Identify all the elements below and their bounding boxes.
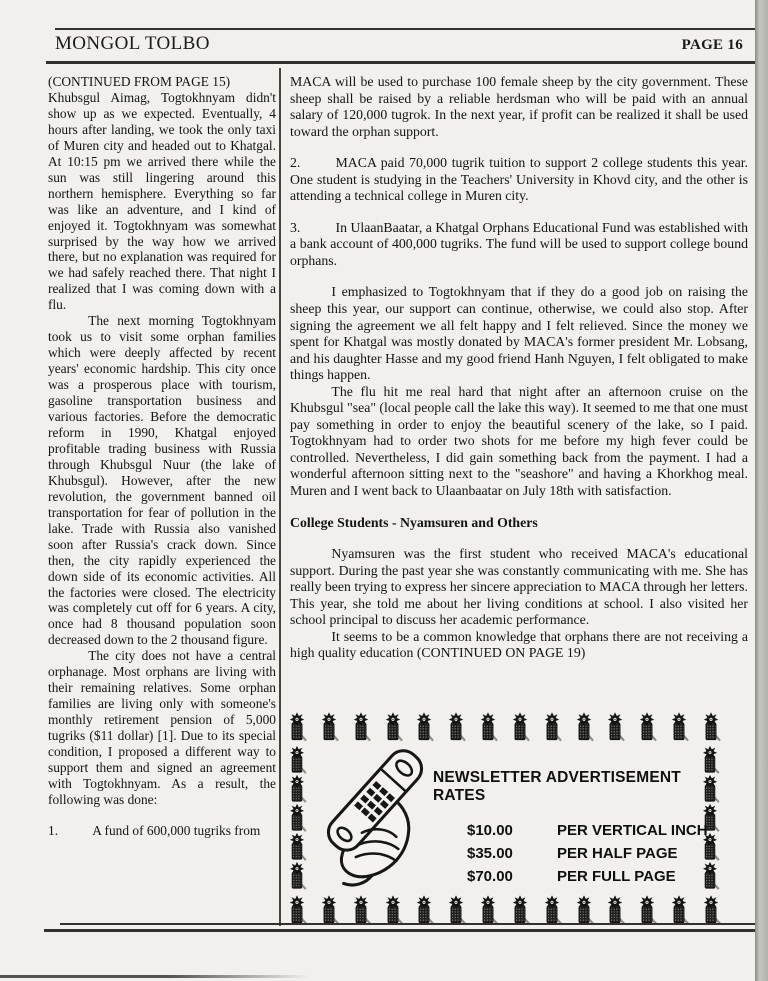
paragraph: The city does not have a central orphana… [48,648,276,808]
firecracker-icon [637,711,657,742]
firecracker-icon [574,894,594,925]
ad-rate-unit: PER VERTICAL INCH [557,822,708,839]
paragraph: Nyamsuren was the first student who rece… [290,546,748,629]
ad-rate-row: $70.00PER FULL PAGE [467,868,719,885]
newsletter-title: MONGOL TOLBO [55,33,210,55]
firecracker-icon [478,711,498,742]
top-rule [55,28,762,30]
firecracker-border-bottom [287,894,721,925]
bottom-rule-thick [44,929,761,932]
firecracker-icon [287,894,307,925]
paragraph: It seems to be a common knowledge that o… [290,629,748,662]
left-column: (CONTINUED FROM PAGE 15)Khubsgul Aimag, … [48,74,276,839]
firecracker-icon [669,711,689,742]
masthead-rule [46,61,762,64]
ad-rate-price: $35.00 [467,845,557,862]
firecracker-icon [574,711,594,742]
paragraph: (CONTINUED FROM PAGE 15) [48,74,276,90]
page-number: PAGE 16 [682,37,743,54]
newsletter-page: MONGOL TOLBO PAGE 16 (CONTINUED FROM PAG… [0,0,768,981]
firecracker-icon [351,894,371,925]
section-heading: College Students - Nyamsuren and Others [290,515,748,532]
list-number: 1. [48,823,92,839]
firecracker-icon [637,894,657,925]
paragraph: 2.MACA paid 70,000 tugrik tuition to sup… [290,155,748,205]
masthead: MONGOL TOLBO PAGE 16 [55,33,743,55]
firecracker-icon [383,894,403,925]
advertisement-box: NEWSLETTER ADVERTISEMENT RATES $10.00PER… [287,711,721,925]
scan-edge-bottom [0,975,310,978]
ad-rate-unit: PER HALF PAGE [557,845,678,862]
ad-rates-list: $10.00PER VERTICAL INCH$35.00PER HALF PA… [433,822,719,885]
ad-heading: NEWSLETTER ADVERTISEMENT RATES [433,769,719,805]
firecracker-icon [414,894,434,925]
paragraph: The flu hit me real hard that night afte… [290,384,748,500]
list-number: 3. [290,220,336,237]
firecracker-icon [478,894,498,925]
firecracker-icon [510,894,530,925]
list-number: 2. [290,155,336,172]
firecracker-icon [446,894,466,925]
right-column: MACA will be used to purchase 100 female… [290,74,748,662]
ad-content: NEWSLETTER ADVERTISEMENT RATES $10.00PER… [433,769,719,891]
paragraph: MACA will be used to purchase 100 female… [290,74,748,140]
firecracker-icon [510,711,530,742]
bottom-rule-thin [60,923,760,925]
ad-rate-price: $70.00 [467,868,557,885]
ad-rate-unit: PER FULL PAGE [557,868,676,885]
firecracker-icon [319,894,339,925]
paragraph: 1.A fund of 600,000 tugriks from [48,823,276,839]
firecracker-icon [605,711,625,742]
firecracker-icon [542,894,562,925]
firecracker-icon [701,894,721,925]
paragraph: Khubsgul Aimag, Togtokhnyam didn't show … [48,90,276,313]
paragraph: The next morning Togtokhnyam took us to … [48,313,276,648]
firecracker-icon [701,711,721,742]
paragraph: I emphasized to Togtokhnyam that if they… [290,284,748,383]
firecracker-icon [605,894,625,925]
firecracker-icon [446,711,466,742]
scan-edge-right [755,0,768,981]
telephone-in-hand-illustration [295,735,447,893]
firecracker-icon [669,894,689,925]
ad-rate-price: $10.00 [467,822,557,839]
ad-rate-row: $10.00PER VERTICAL INCH [467,822,719,839]
firecracker-icon [542,711,562,742]
paragraph: 3.In UlaanBaatar, a Khatgal Orphans Educ… [290,220,748,270]
column-divider [279,68,281,926]
ad-rate-row: $35.00PER HALF PAGE [467,845,719,862]
